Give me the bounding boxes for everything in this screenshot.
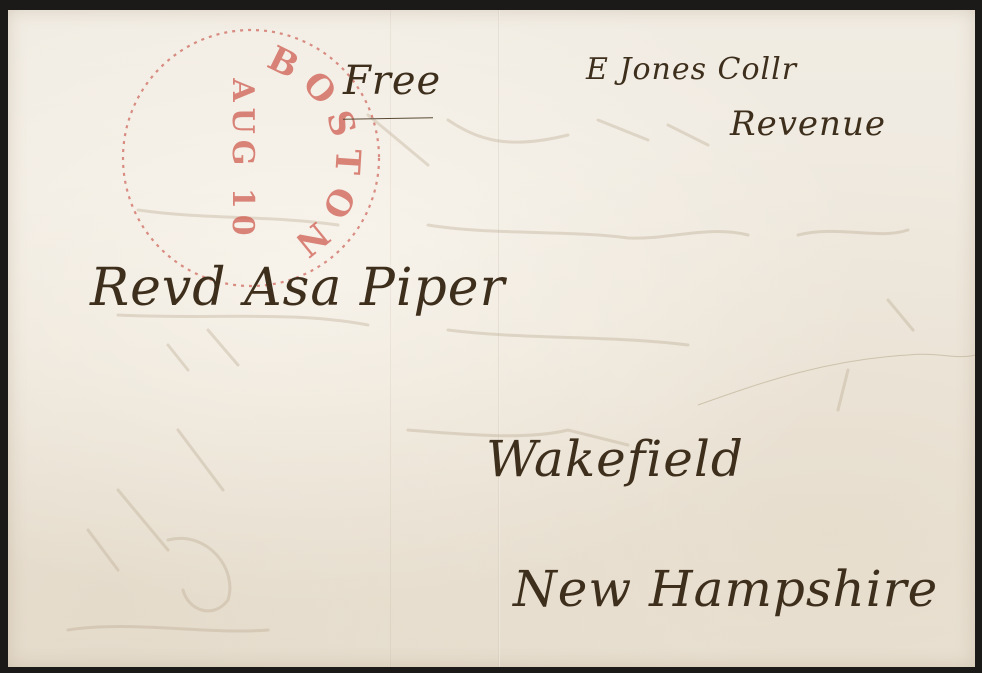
postmark-date: AUG 10	[225, 77, 260, 241]
free-frank: Free	[343, 58, 441, 104]
letter-sheet: BOSTON AUG 10 Free E Jones Collr Revenue…	[8, 10, 975, 667]
address-state: New Hampshire	[513, 560, 938, 618]
addressee-name: Revd Asa Piper	[90, 258, 505, 318]
sender-collector-note: E Jones Collr	[586, 52, 797, 87]
address-town: Wakefield	[486, 430, 744, 488]
sender-revenue-note: Revenue	[730, 104, 886, 144]
